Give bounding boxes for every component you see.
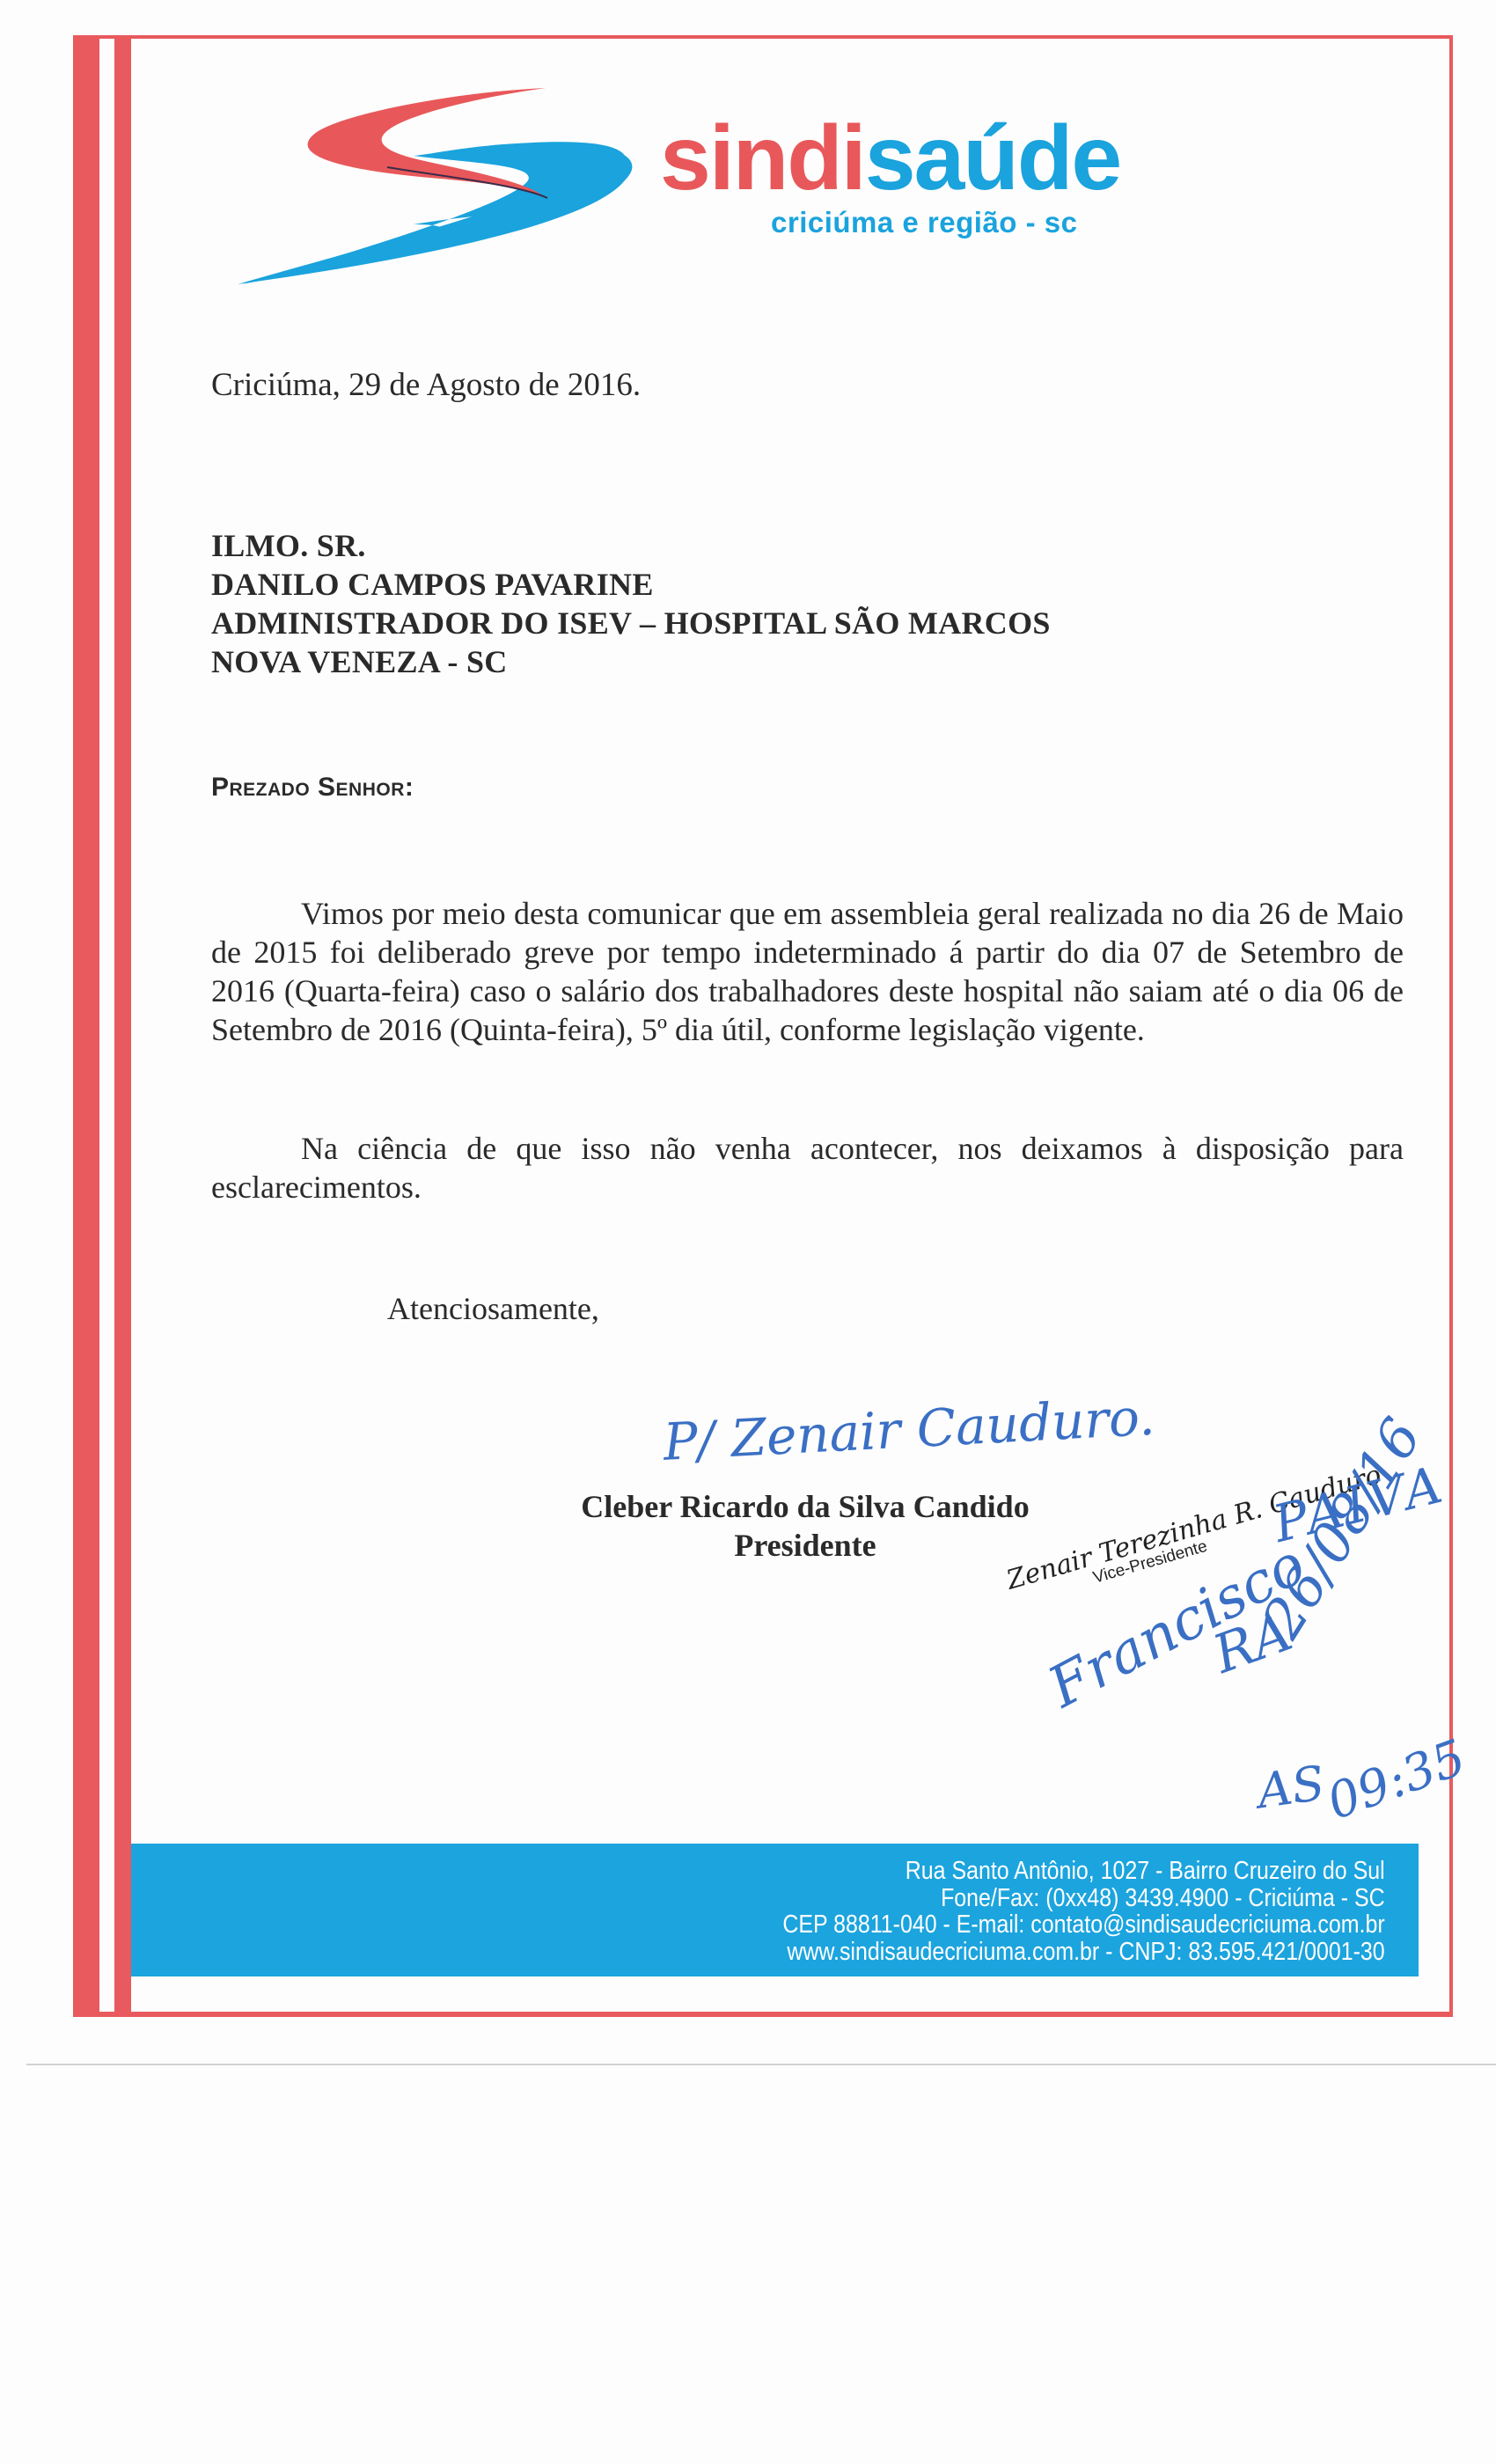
closing: Atenciosamente, bbox=[387, 1290, 599, 1327]
brand-subtitle: criciúma e região - sc bbox=[771, 206, 1078, 239]
footer-website: www.sindisaudecriciuma.com.br - CNPJ: 83… bbox=[783, 1939, 1385, 1966]
page-edge-line bbox=[26, 2064, 1496, 2065]
footer-contact: Rua Santo Antônio, 1027 - Bairro Cruzeir… bbox=[783, 1858, 1385, 1965]
recipient-line: ADMINISTRADOR DO ISEV – HOSPITAL SÃO MAR… bbox=[211, 604, 1051, 642]
receipt-prefix: AS bbox=[1254, 1755, 1328, 1819]
footer-band: Rua Santo Antônio, 1027 - Bairro Cruzeir… bbox=[131, 1844, 1419, 1976]
border-bar-outer bbox=[73, 35, 99, 2017]
salutation: Prezado Senhor: bbox=[211, 773, 414, 803]
recipient-block: ILMO. SR. DANILO CAMPOS PAVARINE ADMINIS… bbox=[211, 526, 1051, 681]
border-top bbox=[73, 35, 1453, 39]
border-bottom bbox=[73, 2012, 1453, 2017]
paragraph-text: Vimos por meio desta comunicar que em as… bbox=[211, 894, 1404, 1049]
footer-email: CEP 88811-040 - E-mail: contato@sindisau… bbox=[783, 1911, 1385, 1939]
body-paragraph-2: Na ciência de que isso não venha acontec… bbox=[211, 1129, 1404, 1206]
date-line: Criciúma, 29 de Agosto de 2016. bbox=[211, 366, 641, 404]
footer-address: Rua Santo Antônio, 1027 - Bairro Cruzeir… bbox=[783, 1858, 1385, 1885]
signer-title: Presidente bbox=[519, 1526, 1091, 1565]
border-bar-inner bbox=[114, 35, 131, 2017]
brand-part-saude: saúde bbox=[865, 107, 1121, 209]
recipient-line: DANILO CAMPOS PAVARINE bbox=[211, 565, 1051, 604]
signer-name: Cleber Ricardo da Silva Candido bbox=[519, 1487, 1091, 1526]
brand-part-sindi: sindi bbox=[660, 107, 865, 209]
signer-block: Cleber Ricardo da Silva Candido Presiden… bbox=[519, 1487, 1091, 1565]
recipient-line: ILMO. SR. bbox=[211, 526, 1051, 565]
body-paragraph-1: Vimos por meio desta comunicar que em as… bbox=[211, 894, 1404, 1049]
footer-phone: Fone/Fax: (0xx48) 3439.4900 - Criciúma -… bbox=[783, 1885, 1385, 1912]
handwritten-signature: P/ Zenair Cauduro. bbox=[662, 1387, 1156, 1472]
letter-page: sindisaúde criciúma e região - sc Criciú… bbox=[0, 0, 1496, 2464]
s-swoosh-logo-icon bbox=[238, 84, 651, 286]
paragraph-text: Na ciência de que isso não venha acontec… bbox=[211, 1129, 1404, 1206]
border-right bbox=[1449, 35, 1453, 2017]
brand-wordmark: sindisaúde bbox=[660, 113, 1120, 204]
recipient-line: NOVA VENEZA - SC bbox=[211, 642, 1051, 681]
